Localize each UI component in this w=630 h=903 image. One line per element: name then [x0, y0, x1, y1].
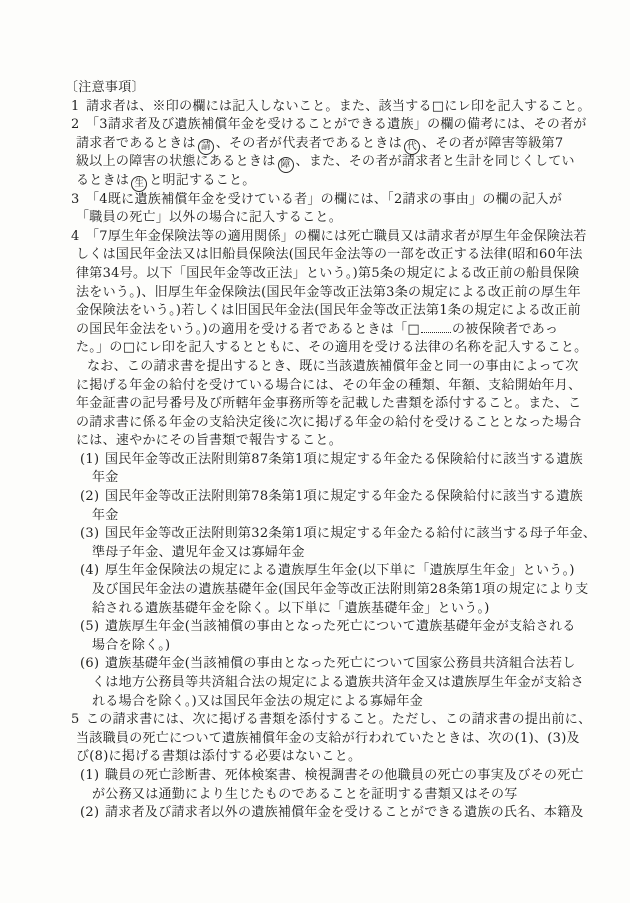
- doc-line: 場合を除く。): [0, 637, 630, 656]
- line-text: くは地方公務員等共済組合法の規定による遺族共済年金又は遺族厚生年金が支給さ: [92, 675, 584, 690]
- circled-char: 障: [278, 157, 294, 173]
- doc-line: (4)厚生年金保険法の規定による遺族厚生年金(以下単に「遺族厚生年金」という。): [0, 562, 630, 581]
- doc-line: 「職員の死亡」以外の場合に記入すること。: [0, 209, 630, 228]
- doc-line: が公務又は通勤により生じたものであることを証明する書類又はその写: [0, 786, 630, 805]
- line-text: 「3請求者及び遺族補償年金を受けることができる遺族」の欄の備考には、その者が: [86, 117, 587, 132]
- doc-line: 年金: [0, 469, 630, 488]
- line-text: 請求者であるときは: [76, 136, 196, 151]
- line-text: れる場合を除く。)又は国民年金法の規定による寡婦年金: [92, 694, 423, 709]
- item-number: 5: [71, 711, 86, 730]
- line-text: るときは: [76, 173, 129, 188]
- doc-line: 給される遺族基礎年金を除く。以下単に「遺族基礎年金」という。): [0, 600, 630, 619]
- doc-line: 3「4既に遺族補償年金を受けている者」の欄には、「2請求の事由」の欄の記入が: [0, 191, 630, 210]
- item-number: 3: [71, 191, 86, 210]
- line-text: の国民年金法をいう。)の適用を受ける者であるときは「□: [76, 322, 420, 337]
- line-text: 及び国民年金法の遺族基礎年金(国民年金等改正法附則第28条第1項の規定により支: [92, 582, 589, 597]
- doc-line: (2)国民年金等改正法附則第78条第1項に規定する年金たる保険給付に該当する遺族: [0, 488, 630, 507]
- line-text: 請求者及び請求者以外の遺族補償年金を受けることができる遺族の氏名、本籍及: [105, 805, 584, 820]
- doc-line: (2)請求者及び請求者以外の遺族補償年金を受けることができる遺族の氏名、本籍及: [0, 804, 630, 823]
- doc-line: (1)職員の死亡診断書、死体検案書、検視調書その他職員の死亡の事実及びその死亡: [0, 767, 630, 786]
- line-text: 場合を除く。): [92, 638, 170, 653]
- line-text: 遺族厚生年金(当該補償の事由となった死亡について遺族基礎年金が支給される: [105, 619, 576, 634]
- line-text: た。」の□にレ印を記入するとともに、その適用を受ける法律の名称を記入すること。: [76, 340, 587, 355]
- doc-line: 当該職員の死亡について遺族補償年金の支給が行われていたときは、次の(1)、(3)…: [0, 730, 630, 749]
- item-number: (1): [80, 767, 105, 786]
- doc-line: 律第34号。以下「国民年金等改正法」という。)第5条の規定による改正前の船員保険: [0, 265, 630, 284]
- item-number: 4: [71, 228, 86, 247]
- doc-line: 2「3請求者及び遺族補償年金を受けることができる遺族」の欄の備考には、その者が: [0, 116, 630, 135]
- item-number: (2): [80, 488, 105, 507]
- line-text: 遺族基礎年金(当該補償の事由となった死亡について国家公務員共済組合法若し: [105, 656, 576, 671]
- doc-line: 請求者であるときは請、その者が代表者であるときは代、その者が障害等級第7: [0, 135, 630, 154]
- doc-line: に掲げる年金の給付を受けている場合には、その年金の種類、年額、支給開始年月、: [0, 377, 630, 396]
- line-text: 法をいう。)、旧厚生年金保険法(国民年金等改正法第3条の規定による改正前の厚生年: [76, 285, 581, 300]
- doc-line: び(8)に掲げる書類は添付する必要はないこと。: [0, 748, 630, 767]
- line-text: び(8)に掲げる書類は添付する必要はないこと。: [76, 749, 361, 764]
- doc-line: るときは生と明記すること。: [0, 172, 630, 191]
- item-number: (2): [80, 804, 105, 823]
- line-text: 厚生年金保険法の規定による遺族厚生年金(以下単に「遺族厚生年金」という。): [105, 563, 575, 578]
- line-text: と明記すること。: [149, 173, 255, 188]
- doc-line: なお、この請求書を提出するとき、既に当該遺族補償年金と同一の事由によって次: [0, 358, 630, 377]
- doc-line: 年金: [0, 507, 630, 526]
- doc-line: (1)国民年金等改正法附則第87条第1項に規定する年金たる保険給付に該当する遺族: [0, 451, 630, 470]
- line-text: 請求者は、※印の欄には記入しないこと。また、該当する□にレ印を記入すること。: [86, 99, 591, 114]
- line-text: しくは国民年金法又は旧船員保険法(国民年金法等の一部を改正する法律(昭和60年法: [76, 247, 583, 262]
- line-text: 準母子年金、遺児年金又は寡婦年金: [92, 545, 305, 560]
- line-text: なお、この請求書を提出するとき、既に当該遺族補償年金と同一の事由によって次: [87, 359, 579, 374]
- line-text: 年金: [92, 508, 119, 523]
- document-body: 1請求者は、※印の欄には記入しないこと。また、該当する□にレ印を記入すること。2…: [0, 98, 630, 823]
- item-number: (5): [80, 618, 105, 637]
- line-text: この請求書には、次に掲げる書類を添付すること。ただし、この請求書の提出前に、: [86, 712, 591, 727]
- line-text: には、速やかにその旨書類で報告すること。: [76, 433, 342, 448]
- item-number: 2: [71, 116, 86, 135]
- doc-line: くは地方公務員等共済組合法の規定による遺族共済年金又は遺族厚生年金が支給さ: [0, 674, 630, 693]
- line-text: の被保険者であっ: [452, 322, 558, 337]
- line-text: 当該職員の死亡について遺族補償年金の支給が行われていたときは、次の(1)、(3)…: [76, 731, 580, 746]
- line-text: 年金証書の記号番号及び所轄年金事務所等を記載した書類を添付すること。また、こ: [76, 396, 581, 411]
- line-text: 給される遺族基礎年金を除く。以下単に「遺族基礎年金」という。): [92, 601, 490, 616]
- line-text: 「職員の死亡」以外の場合に記入すること。: [76, 210, 342, 225]
- line-text: 国民年金等改正法附則第32条第1項に規定する年金たる給付に該当する母子年金、: [105, 526, 596, 541]
- line-text: 「7厚生年金保険法等の適用関係」の欄には死亡職員又は請求者が厚生年金保険法若: [86, 229, 587, 244]
- item-number: (3): [80, 525, 105, 544]
- notes-heading: 〔注意事項〕: [0, 79, 630, 98]
- doc-line: 準母子年金、遺児年金又は寡婦年金: [0, 544, 630, 563]
- scanned-document-page: 〔注意事項〕 1請求者は、※印の欄には記入しないこと。また、該当する□にレ印を記…: [0, 0, 630, 903]
- line-text: 律第34号。以下「国民年金等改正法」という。)第5条の規定による改正前の船員保険: [76, 266, 579, 281]
- circled-char: 生: [131, 176, 147, 192]
- doc-line: 法をいう。)、旧厚生年金保険法(国民年金等改正法第3条の規定による改正前の厚生年: [0, 284, 630, 303]
- line-text: 級以上の障害の状態にあるときは: [76, 154, 276, 169]
- doc-line: た。」の□にレ印を記入するとともに、その適用を受ける法律の名称を記入すること。: [0, 339, 630, 358]
- doc-line: (6)遺族基礎年金(当該補償の事由となった死亡について国家公務員共済組合法若し: [0, 655, 630, 674]
- doc-line: 1請求者は、※印の欄には記入しないこと。また、該当する□にレ印を記入すること。: [0, 98, 630, 117]
- line-text: に掲げる年金の給付を受けている場合には、その年金の種類、年額、支給開始年月、: [76, 378, 581, 393]
- doc-line: 年金証書の記号番号及び所轄年金事務所等を記載した書類を添付すること。また、こ: [0, 395, 630, 414]
- line-text: 金保険法をいう。)若しくは旧国民年金法(国民年金等改正法第1条の規定による改正前: [76, 303, 581, 318]
- circled-char: 請: [198, 139, 214, 155]
- doc-line: 及び国民年金法の遺族基礎年金(国民年金等改正法附則第28条第1項の規定により支: [0, 581, 630, 600]
- line-text: 職員の死亡診断書、死体検案書、検視調書その他職員の死亡の事実及びその死亡: [105, 768, 584, 783]
- dotted-blank: [421, 321, 451, 333]
- doc-line: には、速やかにその旨書類で報告すること。: [0, 432, 630, 451]
- item-number: (6): [80, 655, 105, 674]
- doc-line: 4「7厚生年金保険法等の適用関係」の欄には死亡職員又は請求者が厚生年金保険法若: [0, 228, 630, 247]
- line-text: 国民年金等改正法附則第87条第1項に規定する年金たる保険給付に該当する遺族: [105, 452, 583, 467]
- circled-char: 代: [404, 139, 420, 155]
- line-text: の請求書に係る年金の支給決定後に次に掲げる年金の給付を受けることとなった場合: [76, 415, 581, 430]
- item-number: (4): [80, 562, 105, 581]
- item-number: (1): [80, 451, 105, 470]
- line-text: 、また、その者が請求者と生計を同じくしてい: [296, 154, 575, 169]
- doc-line: 級以上の障害の状態にあるときは障、また、その者が請求者と生計を同じくしてい: [0, 153, 630, 172]
- doc-line: れる場合を除く。)又は国民年金法の規定による寡婦年金: [0, 693, 630, 712]
- line-text: 国民年金等改正法附則第78条第1項に規定する年金たる保険給付に該当する遺族: [105, 489, 583, 504]
- doc-line: の国民年金法をいう。)の適用を受ける者であるときは「□の被保険者であっ: [0, 321, 630, 340]
- doc-line: 金保険法をいう。)若しくは旧国民年金法(国民年金等改正法第1条の規定による改正前: [0, 302, 630, 321]
- doc-line: の請求書に係る年金の支給決定後に次に掲げる年金の給付を受けることとなった場合: [0, 414, 630, 433]
- doc-line: しくは国民年金法又は旧船員保険法(国民年金法等の一部を改正する法律(昭和60年法: [0, 246, 630, 265]
- line-text: 、その者が代表者であるときは: [216, 136, 402, 151]
- line-text: 「4既に遺族補償年金を受けている者」の欄には、「2請求の事由」の欄の記入が: [86, 192, 562, 207]
- doc-line: (5)遺族厚生年金(当該補償の事由となった死亡について遺族基礎年金が支給される: [0, 618, 630, 637]
- notes-section: 〔注意事項〕 1請求者は、※印の欄には記入しないこと。また、該当する□にレ印を記…: [0, 0, 630, 823]
- line-text: 、その者が障害等級第7: [422, 136, 564, 151]
- line-text: 年金: [92, 470, 119, 485]
- doc-line: 5この請求書には、次に掲げる書類を添付すること。ただし、この請求書の提出前に、: [0, 711, 630, 730]
- item-number: 1: [71, 98, 86, 117]
- line-text: が公務又は通勤により生じたものであることを証明する書類又はその写: [92, 787, 518, 802]
- doc-line: (3)国民年金等改正法附則第32条第1項に規定する年金たる給付に該当する母子年金…: [0, 525, 630, 544]
